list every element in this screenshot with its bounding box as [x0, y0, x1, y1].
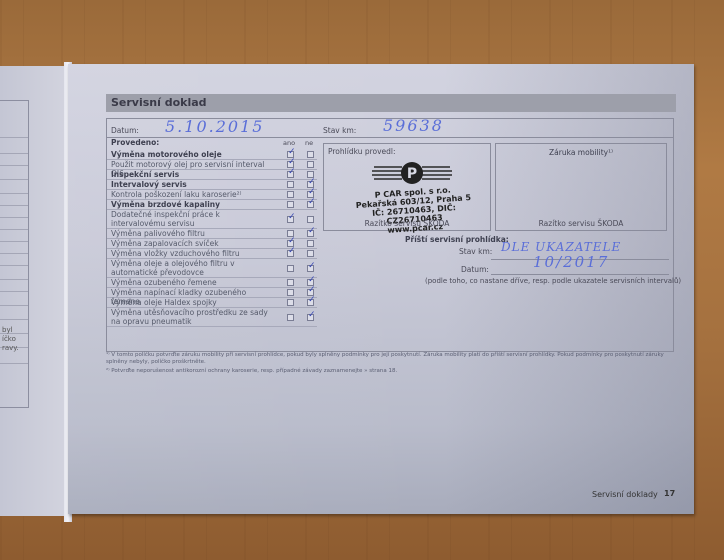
checkbox-no[interactable] [307, 240, 314, 247]
date-label: Datum: [111, 126, 139, 135]
next-km-value[interactable]: DLE UKAZATELE [501, 240, 621, 254]
left-note-line: ravy. [2, 344, 24, 353]
service-item-label: Výměna brzdové kapaliny [111, 200, 271, 209]
service-item-label: Výměna ozubeného řemene [111, 278, 271, 287]
next-km-label: Stav km: [459, 247, 492, 256]
checkbox-yes[interactable] [287, 314, 294, 321]
section-title-bar: Servisní doklad [106, 94, 676, 112]
service-form: Datum: 5.10.2015 Stav km: 59638 Proveden… [106, 118, 674, 352]
checkmark-icon: ✓ [308, 286, 316, 295]
checkmark-icon: ✓ [288, 213, 296, 222]
checkmark-icon: ✓ [288, 237, 296, 246]
checkmark-icon: ✓ [288, 148, 296, 157]
service-record-page: Servisní doklad Datum: 5.10.2015 Stav km… [68, 64, 694, 514]
mobility-stamp-caption: Razítko servisu ŠKODA [496, 219, 666, 228]
inspection-box-title: Prohlídku provedl: [328, 147, 396, 156]
checkmark-icon: ✓ [308, 311, 316, 320]
checkbox-no[interactable] [307, 216, 314, 223]
footnote-1: ¹⁾ V tomto políčku potvrďte záruku mobil… [106, 352, 666, 366]
left-page: byl íčko ravy. [0, 66, 70, 516]
checkbox-yes[interactable] [287, 265, 294, 272]
service-item-label: Výměna oleje a olejového filtru v automa… [111, 259, 271, 277]
page-number: 17 [664, 489, 675, 498]
km-value[interactable]: 59638 [383, 116, 444, 135]
service-item-label: Výměna palivového filtru [111, 229, 271, 238]
service-item-row: Výměna utěsňovacího prostředku ze sady n… [107, 307, 317, 327]
checkmark-icon: ✓ [308, 188, 316, 197]
checkmark-icon: ✓ [308, 296, 316, 305]
checkbox-no[interactable] [307, 161, 314, 168]
service-item-row: Dodatečné inspekční práce k intervalovém… [107, 209, 317, 229]
service-item-label: Kontrola poškození laku karoserie²⁾ [111, 190, 271, 199]
checkmark-icon: ✓ [288, 158, 296, 167]
checkmark-icon: ✓ [308, 262, 316, 271]
performed-label: Provedeno: [111, 138, 159, 147]
next-inspection-note: (podle toho, co nastane dříve, resp. pod… [425, 277, 681, 285]
next-date-value[interactable]: 10/2017 [533, 253, 609, 271]
next-inspection-label: Příští servisní prohlídka: [405, 235, 509, 244]
checkmark-icon: ✓ [308, 178, 316, 187]
inspection-stamp-box: Prohlídku provedl: P P CAR spol. s r.o. … [323, 143, 491, 231]
checkbox-yes[interactable] [287, 201, 294, 208]
service-item-label: Intervalový servis [111, 180, 271, 189]
service-item-label: Výměna vložky vzduchového filtru [111, 249, 271, 258]
left-page-table [0, 100, 29, 408]
service-item-label: Výměna utěsňovacího prostředku ze sady n… [111, 308, 271, 326]
checkbox-yes[interactable] [287, 181, 294, 188]
checkmark-icon: ✓ [288, 168, 296, 177]
date-value[interactable]: 5.10.2015 [165, 117, 264, 136]
checkmark-icon: ✓ [308, 198, 316, 207]
svg-text:P: P [407, 166, 417, 182]
inspection-stamp-caption: Razítko servisu ŠKODA [324, 219, 490, 228]
checkbox-no[interactable] [307, 250, 314, 257]
left-note-line: íčko [2, 335, 24, 344]
next-date-label: Datum: [461, 265, 489, 274]
page-footer-label: Servisní doklady [592, 490, 658, 499]
footnote-2: ²⁾ Potvrďte neporušenost antikorozní och… [106, 368, 666, 375]
service-item-label: Výměna motorového oleje [111, 150, 271, 159]
checkbox-yes[interactable] [287, 299, 294, 306]
service-item-label: Inspekční servis [111, 170, 271, 179]
checkmark-icon: ✓ [288, 247, 296, 256]
mobility-stamp-box: Záruka mobility¹⁾ Razítko servisu ŠKODA [495, 143, 667, 231]
service-item-label: Výměna zapalovacích svíček [111, 239, 271, 248]
left-note-line: byl [2, 326, 24, 335]
pcar-logo-icon: P [370, 160, 454, 186]
service-item-label: Dodatečné inspekční práce k intervalovém… [111, 210, 271, 228]
checkbox-yes[interactable] [287, 289, 294, 296]
form-header-row: Datum: 5.10.2015 Stav km: 59638 [107, 119, 673, 138]
section-title: Servisní doklad [111, 96, 207, 109]
next-date-line [491, 274, 669, 275]
service-item-label: Výměna oleje Haldex spojky [111, 298, 271, 307]
checkbox-no[interactable] [307, 151, 314, 158]
column-no-label: ne [305, 139, 313, 147]
service-item-row: Výměna oleje a olejového filtru v automa… [107, 258, 317, 278]
checkmark-icon: ✓ [308, 227, 316, 236]
km-label: Stav km: [323, 126, 356, 135]
left-page-note: byl íčko ravy. [2, 326, 24, 353]
checkbox-yes[interactable] [287, 191, 294, 198]
service-stamp: P CAR spol. s r.o. Pekařská 603/12, Prah… [343, 183, 486, 238]
column-yes-label: ano [283, 139, 295, 147]
checkmark-icon: ✓ [308, 276, 316, 285]
checkbox-yes[interactable] [287, 279, 294, 286]
mobility-box-title: Záruka mobility¹⁾ [496, 148, 666, 157]
